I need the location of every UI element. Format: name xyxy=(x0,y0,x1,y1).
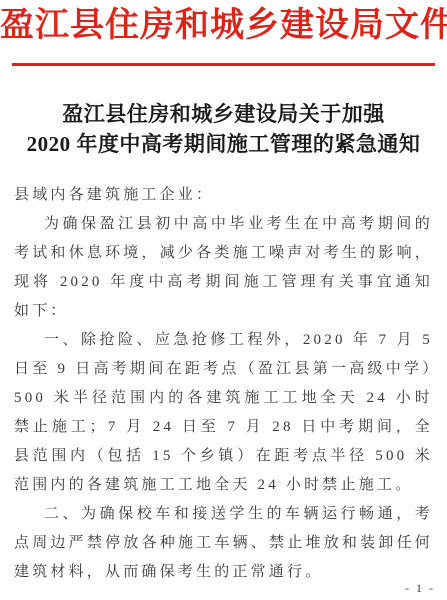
document-title: 盈江县住房和城乡建设局关于加强 2020 年度中高考期间施工管理的紧急通知 xyxy=(0,99,447,159)
document-title-line1: 盈江县住房和城乡建设局关于加强 xyxy=(0,99,447,129)
document-page: 盈江县住房和城乡建设局文件 盈江县住房和城乡建设局关于加强 2020 年度中高考… xyxy=(0,0,447,600)
document-body: 县域内各建筑施工企业： 为确保盈江县初中高中毕业考生在中高考期间的考试和休息环境… xyxy=(14,181,433,587)
paragraph-item-2: 二、为确保校车和接送学生的车辆运行畅通，考点周边严禁停放各种施工车辆、禁止堆放和… xyxy=(14,500,433,587)
page-number: - 1 - xyxy=(405,581,435,596)
document-title-line2: 2020 年度中高考期间施工管理的紧急通知 xyxy=(0,129,447,159)
paragraph-intro: 为确保盈江县初中高中毕业考生在中高考期间的考试和休息环境，减少各类施工噪声对考生… xyxy=(14,210,433,326)
paragraph-item-1: 一、除抢险、应急抢修工程外，2020 年 7 月 5 日至 9 日高考期间在距考… xyxy=(14,326,433,500)
salutation: 县域内各建筑施工企业： xyxy=(14,181,433,210)
document-header-title: 盈江县住房和城乡建设局文件 xyxy=(0,0,447,47)
header-divider-line xyxy=(12,63,435,66)
